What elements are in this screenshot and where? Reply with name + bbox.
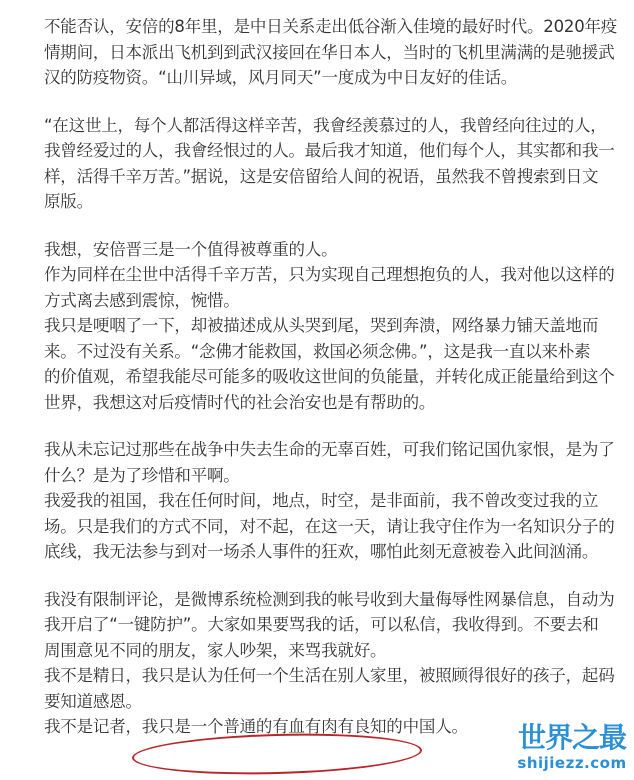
text-line: 要知道感恩。 bbox=[44, 689, 604, 715]
article-body: 不能否认，安倍的8年里，是中日关系走出低谷渐入佳境的最好时代。2020年疫 情期… bbox=[44, 14, 604, 762]
text-line: 底线，我无法参与到对一场杀人事件的狂欢，哪怕此刻无意被卷入此间汹涌。 bbox=[44, 539, 604, 565]
watermark-logo: 世界之最 shijiezz.com bbox=[512, 722, 632, 772]
text-line: 来。不过没有关系。“念佛才能救国，救国必须念佛。”，这是我一直以来朴素 bbox=[44, 339, 604, 365]
text-line: 样，活得千辛万苦。”据说，这是安倍留给人间的祝语，虽然我不曾搜索到日文 bbox=[44, 164, 604, 190]
text-line: 周围意见不同的朋友，家人吵架，来骂我就好。 bbox=[44, 638, 604, 664]
text-line: 我不是精日，我只是认为任何一个生活在别人家里，被照顾得很好的孩子，起码 bbox=[44, 663, 604, 689]
text-line: 不能否认，安倍的8年里，是中日关系走出低谷渐入佳境的最好时代。2020年疫 bbox=[44, 14, 604, 40]
text-line: 我从未忘记过那些在战争中失去生命的无辜百姓，可我们铭记国仇家恨，是为了 bbox=[44, 437, 604, 463]
text-line: 我爱我的祖国，我在任何时间，地点，时空，是非面前，我不曾改变过我的立 bbox=[44, 488, 604, 514]
text-line: 场。只是我们的方式不同，对不起，在这一天，请让我守住作为一名知识分子的 bbox=[44, 514, 604, 540]
text-line: 什么？是为了珍惜和平啊。 bbox=[44, 463, 604, 489]
paragraph-3: 我想，安倍晋三是一个值得被尊重的人。 作为同样在尘世中活得千辛万苦，只为实现自己… bbox=[44, 237, 604, 416]
text-line: 我没有限制评论，是微博系统检测到我的帐号收到大量侮辱性网暴信息，自动为 bbox=[44, 587, 604, 613]
text-line: 情期间，日本派出飞机到到武汉接回在华日本人，当时的飞机里满满的是驰援武 bbox=[44, 40, 604, 66]
paragraph-1: 不能否认，安倍的8年里，是中日关系走出低谷渐入佳境的最好时代。2020年疫 情期… bbox=[44, 14, 604, 91]
text-line: 我想，安倍晋三是一个值得被尊重的人。 bbox=[44, 237, 604, 263]
text-line: 方式离去感到震惊，惋惜。 bbox=[44, 288, 604, 314]
paragraph-4: 我从未忘记过那些在战争中失去生命的无辜百姓，可我们铭记国仇家恨，是为了 什么？是… bbox=[44, 437, 604, 565]
text-line: 我曾经爱过的人，我會经恨过的人。最后我才知道，他们每个人，其实都和我一 bbox=[44, 138, 604, 164]
text-line: 作为同样在尘世中活得千辛万苦，只为实现自己理想抱负的人，我对他以这样的 bbox=[44, 262, 604, 288]
watermark-url: shijiezz.com bbox=[512, 754, 632, 772]
text-line: 的价值观，希望我能尽可能多的吸收这世间的负能量，并转化成正能量给到这个 bbox=[44, 364, 604, 390]
text-line: 世界，我想这对后疫情时代的社会治安也是有帮助的。 bbox=[44, 390, 604, 416]
text-line: 汉的防疫物资。“山川异域，风月同天”一度成为中日友好的佳话。 bbox=[44, 65, 604, 91]
text-line: 我开启了“一键防护”。大家如果要骂我的话，可以私信，我收得到。不要去和 bbox=[44, 612, 604, 638]
text-line: “在这世上，每个人都活得这样辛苦，我會经羡慕过的人，我曾经向往过的人， bbox=[44, 113, 604, 139]
text-line: 我只是哽咽了一下，却被描述成从头哭到尾，哭到奔溃，网络暴力铺天盖地而 bbox=[44, 313, 604, 339]
text-line: 原版。 bbox=[44, 189, 604, 215]
watermark-title: 世界之最 bbox=[512, 722, 632, 754]
paragraph-2: “在这世上，每个人都活得这样辛苦，我會经羡慕过的人，我曾经向往过的人， 我曾经爱… bbox=[44, 113, 604, 215]
paragraph-5: 我没有限制评论，是微博系统检测到我的帐号收到大量侮辱性网暴信息，自动为 我开启了… bbox=[44, 587, 604, 740]
